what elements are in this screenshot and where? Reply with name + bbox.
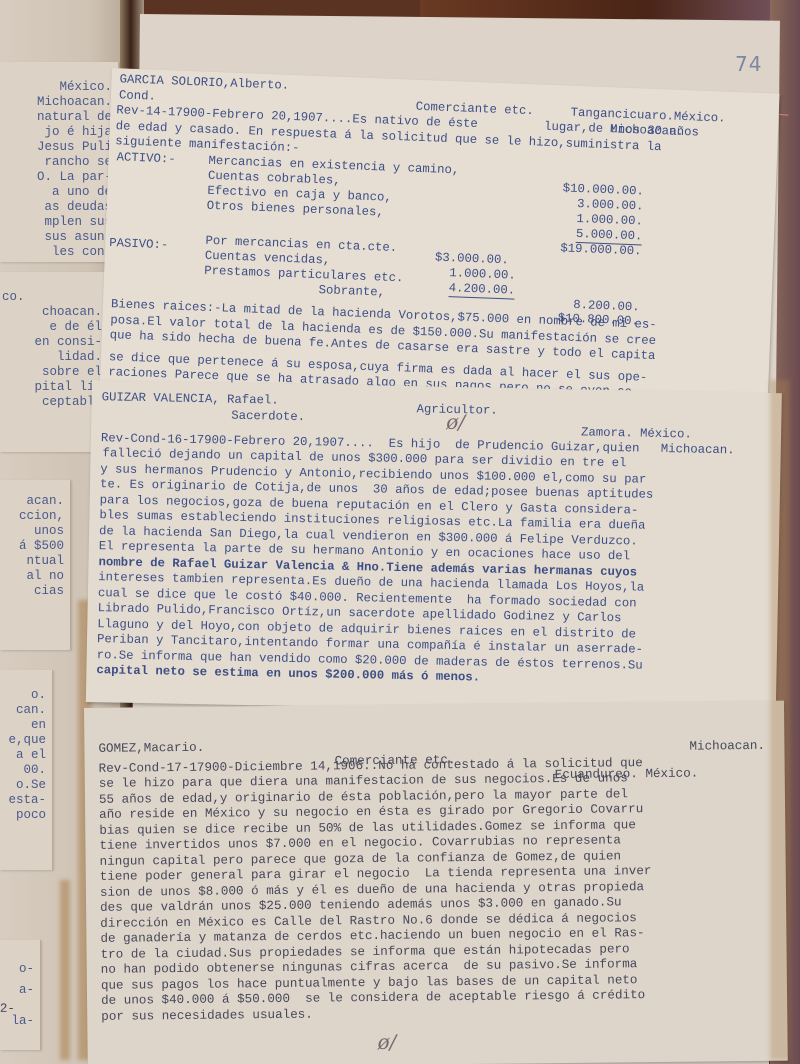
fragment-line: o- [0,962,40,977]
fragment-line: can. [0,703,52,718]
fragment-line: mplen sus [0,215,118,230]
fragment-line: 00. [0,763,52,778]
fragment-line: co. [0,290,108,305]
fragment-line: poco [0,808,52,823]
fragment-line: a el [0,748,52,763]
fragment-line: o.Se [0,778,52,793]
fragment-line: lidad. [0,350,108,365]
entry-occupation: Sacerdote. [231,408,305,425]
fragment-line: a- [0,983,40,998]
entry-clipping-guizar-valencia: GUIZAR VALENCIA, Rafael. Sacerdote. Agri… [86,380,782,715]
fragment-line: as deudas [0,200,118,215]
fragment-line: les con- [0,245,118,260]
pasivo-label: PASIVO:- [109,236,169,254]
sobrante-label: Sobrante, [318,283,385,301]
left-clipping-3: acan. ccion, unos á $500 ntual al no cia… [0,480,71,650]
fragment-line: o. [0,688,52,703]
fragment-line: en consi- [0,335,108,350]
fragment-line: unos [0,524,70,539]
fragment-line: en [0,718,52,733]
fragment-line: O. La par- [0,170,118,185]
fragment-line: México. [0,80,118,95]
water-stain [60,880,70,1060]
fragment-line: cias [0,584,70,599]
fragment-line: rancho se [0,155,118,170]
activo-label: ACTIVO:- [116,150,176,168]
handwritten-check-mark: ø/ [446,415,465,431]
fragment-line: natural de [0,110,118,125]
fragment-line: Jesus Puli [0,140,118,155]
fragment-line: sus asun- [0,230,118,245]
cond-label: Cond. [119,88,156,103]
left-clipping-5: o- a- la- [0,940,41,1050]
fragment-line: Michoacan. [0,95,118,110]
entry-state: Michoacan. [610,122,684,140]
fragment-line: esta- [0,793,52,808]
left-clipping-1: México. Michoacan. natural de jo é hija … [0,62,119,262]
fragment-line: e,que [0,733,52,748]
fragment-line: á $500 [0,539,70,554]
pasivo-amount: 4.200.00. [448,281,515,300]
fragment-line: a uno de [0,185,118,200]
fragment-line: e de él [0,320,108,335]
fragment-line: ntual [0,554,70,569]
entry-clipping-garcia-solorio: GARCIA SOLORIO,Alberto. Cond.Comerciante… [100,68,780,413]
fragment-line: ccion, [0,509,70,524]
page-number: 74 [735,52,762,76]
fragment-line: acan. [0,494,70,509]
fragment-line: jo é hija [0,125,118,140]
handwritten-check-mark: ø/ [377,1035,396,1051]
fragment-line: choacan. [0,305,108,320]
left-clipping-4: o. can. en e,que a el 00. o.Se esta- poc… [0,670,53,870]
entry-clipping-gomez: GOMEZ,Macario. Comerciante etc. Ecuandur… [84,701,788,1064]
page-edge-stain [770,380,790,1060]
entry-header: GOMEZ,Macario. Comerciante etc. Ecuandur… [84,719,784,742]
fragment-line: al no [0,569,70,584]
pasivo-item: Prestamos particulares etc. [204,263,404,286]
